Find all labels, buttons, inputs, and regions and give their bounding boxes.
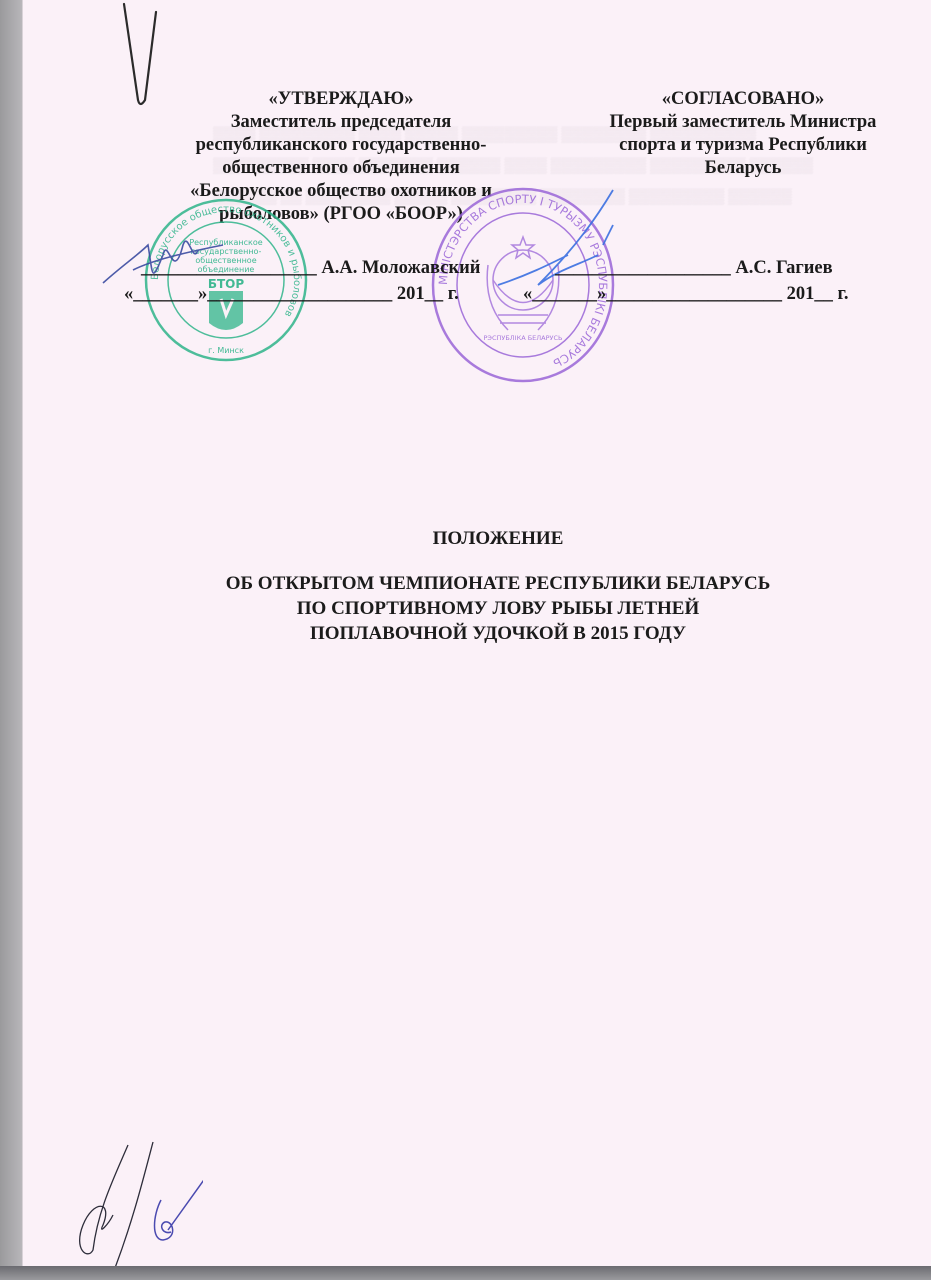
- document-subtitle-line: ОБ ОТКРЫТОМ ЧЕМПИОНАТЕ РЕСПУБЛИКИ БЕЛАРУ…: [123, 572, 873, 595]
- agree-date-line: «_______»___________________ 201__ г.: [523, 284, 848, 305]
- approve-line: республиканского государственно-: [141, 134, 541, 157]
- agree-name-line: ___________________ А.С. Гагиев: [555, 258, 833, 279]
- document-title: ПОЛОЖЕНИЕ: [123, 527, 873, 550]
- agree-line: спорта и туризма Республики: [563, 134, 923, 157]
- svg-text:РЭСПУБЛІКА БЕЛАРУСЬ: РЭСПУБЛІКА БЕЛАРУСЬ: [483, 334, 562, 342]
- approve-line: общественного объединения: [141, 157, 541, 180]
- bottom-initial-signatures: [53, 1140, 203, 1270]
- scanner-edge: [0, 0, 22, 1280]
- svg-text:г. Минск: г. Минск: [208, 346, 244, 355]
- document-page: ▒▒▒▒ ▒▒▒▒▒▒▒▒▒ ▒▒▒▒ ▒▒▒▒▒ ▒▒▒▒▒▒▒▒▒ ▒▒▒▒…: [22, 0, 931, 1268]
- approve-date-line: «_______»____________________ 201__ г.: [124, 284, 459, 305]
- agreement-block: «СОГЛАСОВАНО» Первый заместитель Министр…: [563, 88, 923, 180]
- agree-line: Беларусь: [563, 157, 923, 180]
- document-subtitle-line: ПО СПОРТИВНОМУ ЛОВУ РЫБЫ ЛЕТНЕЙ: [123, 597, 873, 620]
- agree-heading: «СОГЛАСОВАНО»: [563, 88, 923, 111]
- agree-line: Первый заместитель Министра: [563, 111, 923, 134]
- approve-name-line: ___________________ А.А. Моложавский: [141, 258, 480, 279]
- approve-heading: «УТВЕРЖДАЮ»: [141, 88, 541, 111]
- approve-line: Заместитель председателя: [141, 111, 541, 134]
- document-subtitle-line: ПОПЛАВОЧНОЙ УДОЧКОЙ В 2015 ГОДУ: [123, 622, 873, 645]
- scanner-bottom-edge: [0, 1266, 931, 1280]
